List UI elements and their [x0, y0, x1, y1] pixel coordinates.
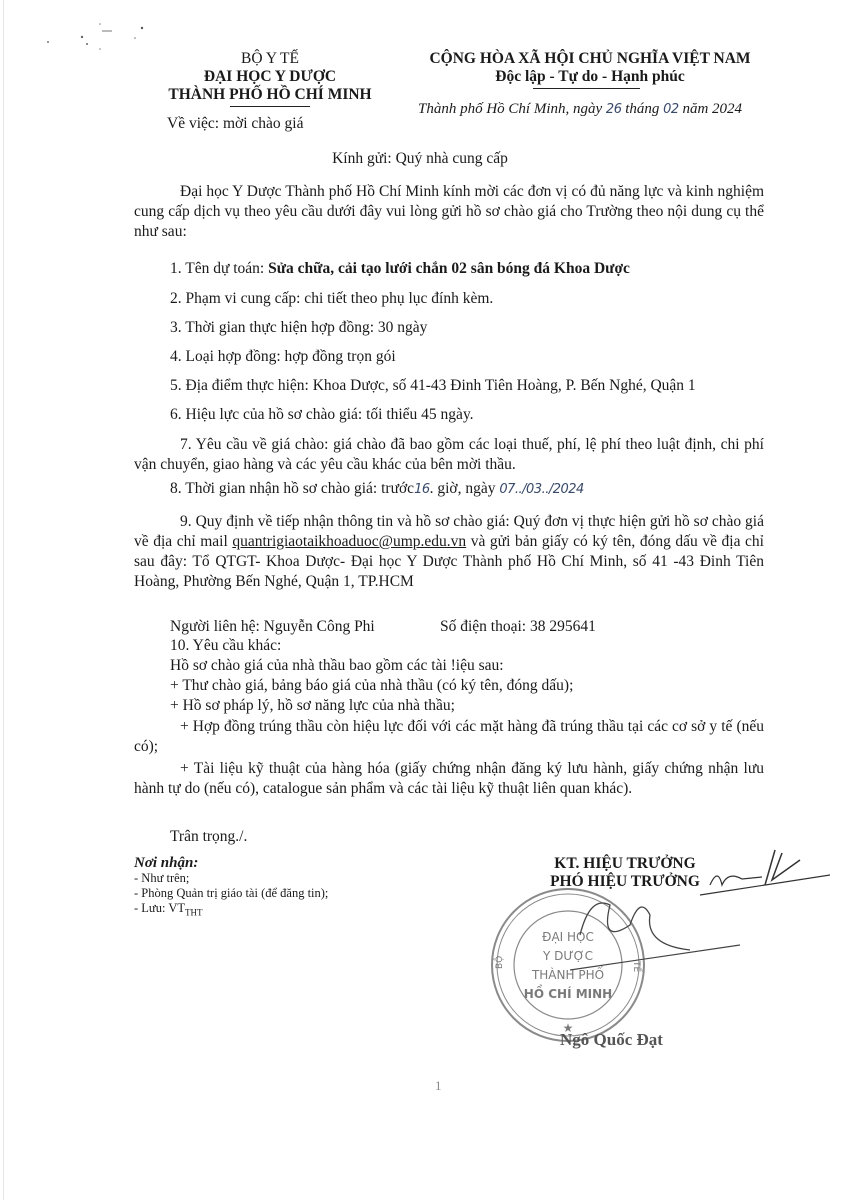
project-name: Sửa chữa, cải tạo lưới chắn 02 sân bóng …: [268, 260, 630, 277]
nation-name: CỘNG HÒA XÃ HỘI CHỦ NGHĨA VIỆT NAM: [410, 50, 770, 68]
signatory-name: Ngô Quốc Đạt: [560, 1030, 663, 1050]
date-line: Thành phố Hồ Chí Minh, ngày 26 tháng 02 …: [418, 101, 742, 118]
org-name-line1: ĐẠI HỌC Y DƯỢC: [120, 68, 420, 86]
closing: Trân trọng./.: [170, 828, 247, 846]
handwritten-hour: 16: [414, 482, 430, 497]
page-edge: [3, 0, 4, 1200]
requirement-bullet: + Tài liệu kỹ thuật của hàng hóa (giấy c…: [134, 759, 764, 799]
requirement-bullet: + Thư chào giá, bảng báo giá của nhà thầ…: [170, 677, 573, 695]
subject-line: Về việc: mời chào giá: [167, 115, 303, 133]
item-1: 1. Tên dự toán: Sửa chữa, cải tạo lưới c…: [170, 260, 630, 278]
contact-phone: Số điện thoại: 38 295641: [440, 618, 596, 636]
recipient-item: - Phòng Quản trị giáo tài (để đăng tin);: [134, 886, 328, 901]
item-6: 6. Hiệu lực của hồ sơ chào giá: tối thiể…: [170, 406, 474, 424]
handwritten-month: 02: [663, 102, 679, 117]
item-10-title: 10. Yêu cầu khác:: [170, 637, 281, 655]
handwritten-day: 26: [606, 102, 622, 117]
item-4: 4. Loại hợp đồng: hợp đồng trọn gói: [170, 348, 396, 366]
page-number: 1: [435, 1078, 442, 1094]
email-link[interactable]: quantrigiaotaikhoaduoc@ump.edu.vn: [232, 533, 466, 550]
handwritten-signature: [560, 845, 830, 1005]
item-7: 7. Yêu cầu về giá chào: giá chào đã bao …: [134, 435, 764, 475]
issuer-header: BỘ Y TẾ ĐẠI HỌC Y DƯỢC THÀNH PHỐ HỒ CHÍ …: [120, 50, 420, 104]
requirement-bullet: + Hồ sơ pháp lý, hồ sơ năng lực của nhà …: [170, 697, 455, 715]
recipients-title: Nơi nhận:: [134, 856, 328, 871]
requirement-bullet: + Hợp đồng trúng thầu còn hiệu lực đối v…: [134, 717, 764, 757]
item-5: 5. Địa điểm thực hiện: Khoa Dược, số 41-…: [170, 377, 696, 395]
item-10-lead: Hồ sơ chào giá của nhà thầu bao gồm các …: [170, 657, 504, 675]
national-motto: Độc lập - Tự do - Hạnh phúc: [495, 68, 684, 86]
handwritten-deadline-date: 07../03../2024: [499, 482, 583, 497]
recipients-block: Nơi nhận: - Như trên; - Phòng Quản trị g…: [134, 856, 328, 921]
org-name-line2: THÀNH PHỐ HỒ CHÍ MINH: [168, 86, 371, 104]
recipient-item: - Lưu: VTTHT: [134, 901, 328, 921]
item-9: 9. Quy định về tiếp nhận thông tin và hồ…: [134, 512, 764, 592]
national-header: CỘNG HÒA XÃ HỘI CHỦ NGHĨA VIỆT NAM Độc l…: [410, 50, 770, 86]
recipient-item: - Như trên;: [134, 871, 328, 886]
svg-text:BỘ: BỘ: [493, 956, 505, 969]
greeting: Kính gửi: Quý nhà cung cấp: [120, 150, 720, 168]
contact-person: Người liên hệ: Nguyễn Công Phi: [170, 618, 375, 636]
item-8: 8. Thời gian nhận hồ sơ chào giá: trước1…: [170, 480, 584, 498]
ministry-name: BỘ Y TẾ: [120, 50, 420, 68]
item-2: 2. Phạm vi cung cấp: chi tiết theo phụ l…: [170, 290, 493, 308]
item-3: 3. Thời gian thực hiện hợp đồng: 30 ngày: [170, 319, 427, 337]
intro-paragraph: Đại học Y Dược Thành phố Hồ Chí Minh kín…: [134, 182, 764, 242]
